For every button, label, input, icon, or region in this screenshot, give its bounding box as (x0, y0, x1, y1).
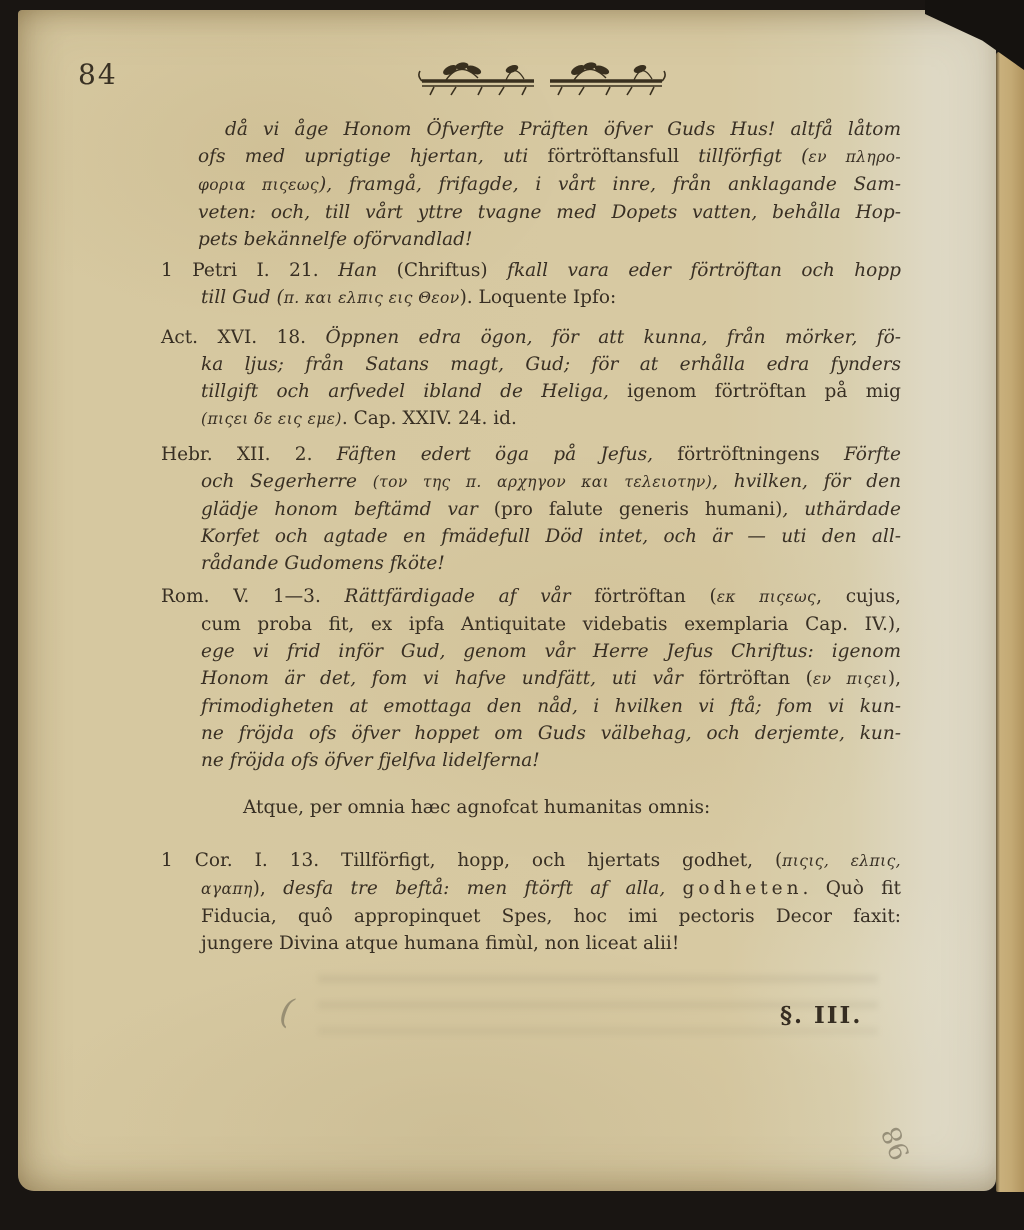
text-line: (πιςει δε εις εμε). Cap. XXIV. 24. id. (161, 405, 901, 433)
text-line: Honom är det, fom vi hafve undfätt, uti … (161, 665, 901, 693)
paragraph-1-petri: 1 Petri I. 21. Han (Chriftus) fkall vara… (161, 257, 901, 312)
section-heading: §. III. (780, 1002, 862, 1029)
text-line: veten: och, till vårt yttre tvagne med D… (161, 199, 901, 226)
text-line: φορια πιςεως), framgå, frifagde, i vårt … (161, 171, 901, 199)
text-block: då vi åge Honom Öfverfte Präften öfver G… (161, 116, 901, 957)
text-line: 1 Petri I. 21. Han (Chriftus) fkall vara… (161, 257, 901, 284)
handwritten-number: 98 (876, 1122, 916, 1164)
text-line: frimodigheten at emottaga den nåd, i hvi… (161, 693, 901, 720)
text-line: jungere Divina atque humana fimùl, non l… (161, 930, 901, 957)
text-line: pets bekännelfe oförvandlad! (161, 226, 901, 253)
text-line: αγαπη), desfa tre beftå: men ftörft af a… (161, 875, 901, 903)
text-line: rådande Gudomens fköte! (161, 550, 901, 577)
paragraph-atque: Atque, per omnia hæc agnofcat humanitas … (161, 794, 901, 821)
text-line: tillgift och arfvedel ibland de Heliga, … (161, 378, 901, 405)
book-page: 84 (18, 10, 996, 1191)
text-line: då vi åge Honom Öfverfte Präften öfver G… (161, 116, 901, 143)
ornament-divider (416, 56, 668, 102)
text-line: Hebr. XII. 2. Fäften edert öga på Jefus,… (161, 441, 901, 468)
text-line: till Gud (π. και ελπις εις Θεον). Loquen… (161, 284, 901, 312)
text-line: ege vi frid inför Gud, genom vår Herre J… (161, 638, 901, 665)
text-line: Act. XVI. 18. Öppnen edra ögon, för att … (161, 324, 901, 351)
text-line: ka ljus; från Satans magt, Gud; för at e… (161, 351, 901, 378)
text-line: Korfet och agtade en fmädefull Död intet… (161, 523, 901, 550)
text-line: ne fröjda ofs öfver hoppet om Guds välbe… (161, 720, 901, 747)
text-line: Rom. V. 1—3. Rättfärdigade af vår förtrö… (161, 583, 901, 611)
pen-mark: ( (277, 991, 296, 1032)
text-line: cum proba fit, ex ipfa Antiquitate videb… (161, 611, 901, 638)
text-line: och Segerherre (τον της π. αρχηγον και τ… (161, 468, 901, 496)
paragraph-hebr-xii: Hebr. XII. 2. Fäften edert öga på Jefus,… (161, 441, 901, 577)
text-line: Atque, per omnia hæc agnofcat humanitas … (161, 794, 901, 821)
text-line: glädje honom beftämd var (pro falute gen… (161, 496, 901, 523)
book-fore-edge (996, 52, 1024, 1192)
text-line: ofs med uprigtige hjertan, uti förtröfta… (161, 143, 901, 171)
text-line: 1 Cor. I. 13. Tillförfigt, hopp, och hje… (161, 847, 901, 875)
scan-background: { "colors": { "paper": "#d7c9a2", "paper… (0, 0, 1024, 1230)
page-number: 84 (78, 58, 118, 91)
paragraph-rom-v: Rom. V. 1—3. Rättfärdigade af vår förtrö… (161, 583, 901, 774)
paragraph-intro: då vi åge Honom Öfverfte Präften öfver G… (161, 116, 901, 253)
paragraph-act-xvi: Act. XVI. 18. Öppnen edra ögon, för att … (161, 324, 901, 433)
paragraph-1-cor: 1 Cor. I. 13. Tillförfigt, hopp, och hje… (161, 847, 901, 957)
vine-rule-graphic (416, 56, 668, 102)
text-line: Fiducia, quô appropinquet Spes, hoc imi … (161, 903, 901, 930)
text-line: ne fröjda ofs öfver fjelfva lidelferna! (161, 747, 901, 774)
